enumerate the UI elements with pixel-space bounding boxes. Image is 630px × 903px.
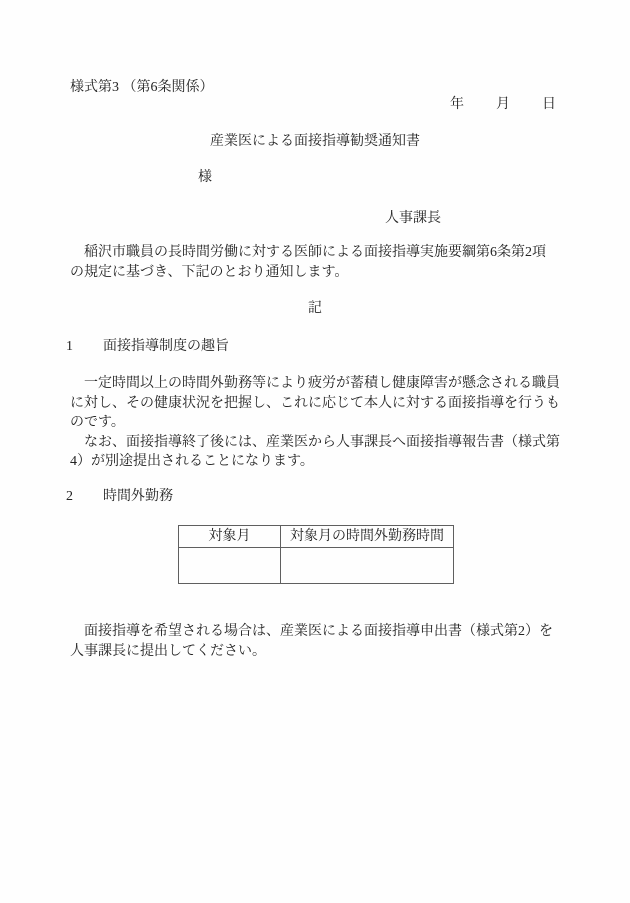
form-number: 様式第3 （第6条関係） xyxy=(70,78,214,98)
section-1-heading: 1面接指導制度の趣旨 xyxy=(66,337,229,357)
section-2-heading: 2時間外勤務 xyxy=(66,487,173,507)
day-label: 日 xyxy=(542,97,556,112)
document-page: 様式第3 （第6条関係） 年月日 産業医による面接指導勧奨通知書 様 人事課長 … xyxy=(0,0,630,903)
section-2-title: 時間外勤務 xyxy=(103,489,173,504)
section-1-number: 1 xyxy=(66,337,103,357)
addressee-line: 様 xyxy=(198,168,212,188)
record-marker: 記 xyxy=(0,299,630,319)
section-1-paragraph: なお、面接指導終了後には、産業医から人事課長へ面接指導報告書（様式第 4）が別途… xyxy=(70,433,564,472)
document-title: 産業医による面接指導勧奨通知書 xyxy=(0,132,630,152)
overtime-table-wrap: 対象月 対象月の時間外勤務時間 xyxy=(178,525,454,584)
table-header-row: 対象月 対象月の時間外勤務時間 xyxy=(179,526,454,548)
section-2-number: 2 xyxy=(66,487,103,507)
sender-title: 人事課長 xyxy=(385,209,441,229)
overtime-table: 対象月 対象月の時間外勤務時間 xyxy=(178,525,454,584)
table-cell-target-month xyxy=(179,548,281,584)
year-label: 年 xyxy=(450,97,464,112)
addressee-suffix: 様 xyxy=(198,170,212,185)
section-1-body: 一定時間以上の時間外勤務等により疲労が蓄積し健康障害が懸念される職員 に対し、そ… xyxy=(70,374,564,472)
intro-paragraph: 稲沢市職員の長時間労働に対する医師による面接指導実施要綱第6条第2項 の規定に基… xyxy=(70,243,564,282)
table-cell-overtime-hours xyxy=(281,548,454,584)
closing-paragraph: 面接指導を希望される場合は、産業医による面接指導申出書（様式第2）を 人事課長に… xyxy=(70,622,564,661)
table-header-overtime-hours: 対象月の時間外勤務時間 xyxy=(281,526,454,548)
section-1-paragraph: 一定時間以上の時間外勤務等により疲労が蓄積し健康障害が懸念される職員 に対し、そ… xyxy=(70,374,564,433)
table-row xyxy=(179,548,454,584)
section-1-title: 面接指導制度の趣旨 xyxy=(103,339,229,354)
date-line: 年月日 xyxy=(450,95,556,115)
month-label: 月 xyxy=(496,97,510,112)
table-header-target-month: 対象月 xyxy=(179,526,281,548)
